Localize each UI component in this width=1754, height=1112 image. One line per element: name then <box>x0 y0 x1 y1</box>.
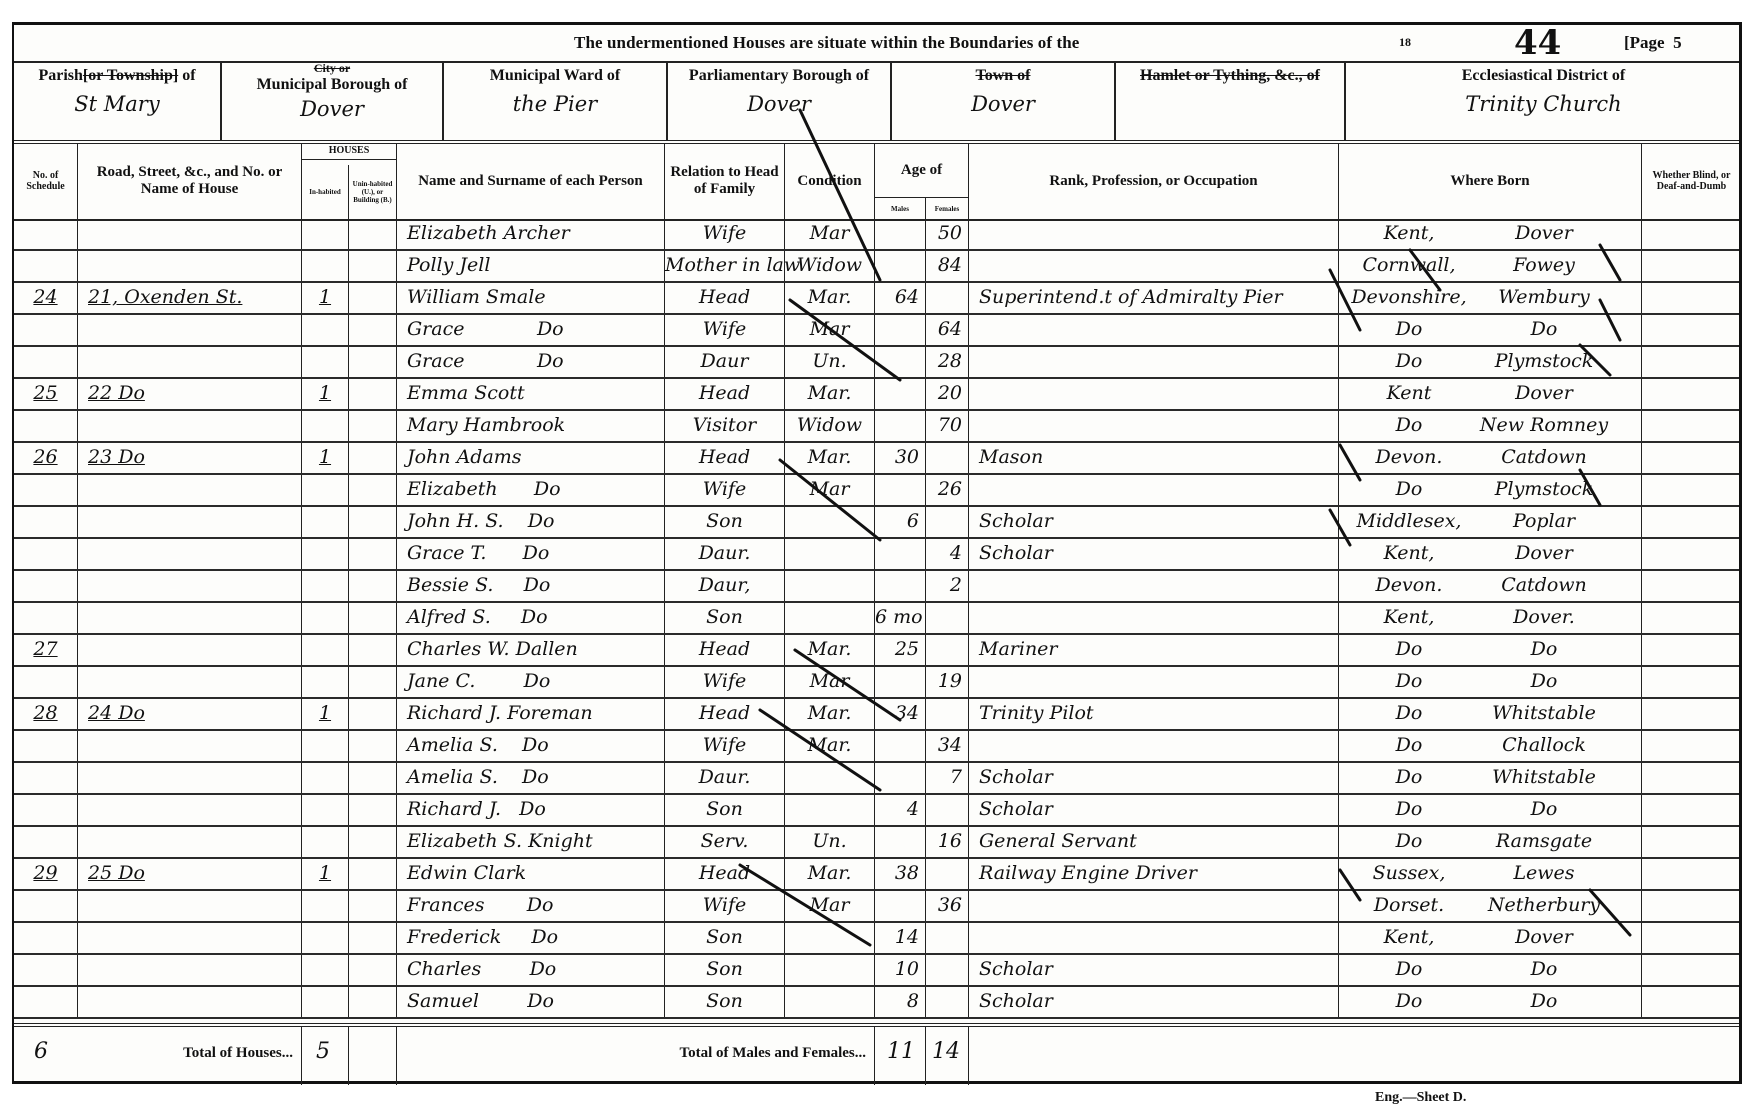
hamlet-label: Hamlet or Tything, &c., of <box>1116 67 1344 84</box>
schedule-number <box>14 923 78 953</box>
inhabited-count <box>302 347 349 377</box>
female-age: 84 <box>926 251 969 281</box>
blind-deaf-dumb <box>1642 859 1741 889</box>
female-age: 70 <box>926 411 969 441</box>
relation-to-head: Head <box>665 635 785 665</box>
inhabited-count <box>302 955 349 985</box>
relation-to-head: Wife <box>665 891 785 921</box>
female-age <box>926 603 969 633</box>
relation-to-head: Son <box>665 507 785 537</box>
where-born: DoWhitstable <box>1339 763 1642 793</box>
road-address <box>78 475 302 505</box>
ecclesiastical-district-cell: Ecclesiastical District of Trinity Churc… <box>1346 61 1741 140</box>
male-age <box>875 571 926 601</box>
female-age: 2 <box>926 571 969 601</box>
schedule-number <box>14 667 78 697</box>
table-row: 2623 Do1John AdamsHeadMar.30MasonDevon.C… <box>14 443 1739 475</box>
marital-condition <box>785 955 875 985</box>
male-age <box>875 539 926 569</box>
inhabited-count <box>302 763 349 793</box>
male-age: 14 <box>875 923 926 953</box>
inhabited-count <box>302 987 349 1017</box>
parliamentary-borough-label: Parliamentary Borough of <box>668 67 890 84</box>
blind-deaf-dumb <box>1642 635 1741 665</box>
header-uninhabited: Unin-habited (U.), or Building (B.) <box>349 165 397 219</box>
road-address <box>78 955 302 985</box>
header-inhabited: In-habited <box>302 165 349 219</box>
inhabited-count <box>302 891 349 921</box>
female-age: 19 <box>926 667 969 697</box>
parish-label-struck: [or Township] <box>83 67 178 84</box>
relation-to-head: Daur, <box>665 571 785 601</box>
born-place: Plymstock <box>1469 347 1619 375</box>
male-age: 8 <box>875 987 926 1017</box>
table-row: 2925 Do1Edwin ClarkHeadMar.38Railway Eng… <box>14 859 1739 891</box>
person-name: Amelia S. Do <box>397 731 665 761</box>
relation-to-head: Wife <box>665 219 785 249</box>
born-county: Do <box>1349 475 1469 503</box>
relation-to-head: Son <box>665 795 785 825</box>
municipal-borough-value: Dover <box>222 97 442 121</box>
inhabited-count <box>302 827 349 857</box>
male-age <box>875 475 926 505</box>
born-place: Plymstock <box>1469 475 1619 503</box>
person-name: Samuel Do <box>397 987 665 1017</box>
table-row: Elizabeth DoWifeMar26DoPlymstock <box>14 475 1739 507</box>
inhabited-count <box>302 219 349 249</box>
inhabited-count <box>302 603 349 633</box>
title-row: The undermentioned Houses are situate wi… <box>14 25 1739 63</box>
header-age-text: Age of <box>901 162 942 179</box>
marital-condition: Mar. <box>785 859 875 889</box>
born-place: Do <box>1469 795 1619 823</box>
header-blind: Whether Blind, or Deaf-and-Dumb <box>1642 143 1741 219</box>
hamlet-cell: Hamlet or Tything, &c., of <box>1116 61 1346 140</box>
person-name: Charles W. Dallen <box>397 635 665 665</box>
male-age: 6 mo <box>875 603 926 633</box>
table-row: 27Charles W. DallenHeadMar.25MarinerDoDo <box>14 635 1739 667</box>
blind-deaf-dumb <box>1642 283 1741 313</box>
born-place: Poplar <box>1469 507 1619 535</box>
inhabited-count <box>302 571 349 601</box>
table-row: Jane C. DoWifeMar19DoDo <box>14 667 1739 699</box>
table-row: Alfred S. DoSon6 moKent,Dover. <box>14 603 1739 635</box>
female-age <box>926 859 969 889</box>
page-title: The undermentioned Houses are situate wi… <box>574 33 1079 53</box>
uninhabited-count <box>349 507 397 537</box>
marital-condition: Widow <box>785 411 875 441</box>
parish-label-suffix: of <box>182 67 195 84</box>
born-county: Kent, <box>1349 219 1469 247</box>
uninhabited-count <box>349 539 397 569</box>
born-place: Do <box>1469 987 1619 1015</box>
female-age <box>926 795 969 825</box>
blind-deaf-dumb <box>1642 795 1741 825</box>
where-born: Devon.Catdown <box>1339 571 1642 601</box>
female-age: 36 <box>926 891 969 921</box>
parish-label-prefix: Parish <box>38 67 82 84</box>
blind-deaf-dumb <box>1642 539 1741 569</box>
total-females: 14 <box>932 1039 960 1064</box>
page-reference: [Page 5 <box>1624 33 1682 53</box>
female-age <box>926 443 969 473</box>
marital-condition <box>785 795 875 825</box>
relation-to-head: Son <box>665 923 785 953</box>
female-age <box>926 987 969 1017</box>
male-age: 30 <box>875 443 926 473</box>
uninhabited-count <box>349 955 397 985</box>
schedule-number <box>14 347 78 377</box>
inhabited-count: 1 <box>302 283 349 313</box>
uninhabited-count <box>349 731 397 761</box>
total-persons-cell: Total of Males and Females... <box>397 1027 875 1085</box>
male-age: 34 <box>875 699 926 729</box>
born-place: Do <box>1469 635 1619 663</box>
totals-row: 6 Total of Houses... 5 Total of Males an… <box>14 1023 1739 1087</box>
blind-deaf-dumb <box>1642 315 1741 345</box>
relation-to-head: Head <box>665 283 785 313</box>
road-address <box>78 987 302 1017</box>
header-where-born-text: Where Born <box>1450 173 1529 190</box>
person-name: Elizabeth S. Knight <box>397 827 665 857</box>
person-name: William Smale <box>397 283 665 313</box>
where-born: Kent,Dover <box>1339 539 1642 569</box>
header-schedule-text: No. of Schedule <box>14 170 77 192</box>
female-age: 26 <box>926 475 969 505</box>
occupation <box>969 411 1339 441</box>
born-place: Ramsgate <box>1469 827 1619 855</box>
inhabited-count <box>302 539 349 569</box>
blind-deaf-dumb <box>1642 667 1741 697</box>
person-name: Bessie S. Do <box>397 571 665 601</box>
parish-label: Parish[or Township] of <box>14 67 220 84</box>
municipal-ward-cell: Municipal Ward of the Pier <box>444 61 668 140</box>
uninhabited-count <box>349 891 397 921</box>
born-county: Do <box>1349 763 1469 791</box>
header-occupation: Rank, Profession, or Occupation <box>969 143 1339 219</box>
total-houses-label: Total of Houses... <box>183 1045 293 1062</box>
inhabited-count <box>302 667 349 697</box>
uninhabited-count <box>349 475 397 505</box>
occupation: Scholar <box>969 763 1339 793</box>
table-row: Frederick DoSon14Kent,Dover <box>14 923 1739 955</box>
uninhabited-count <box>349 795 397 825</box>
blind-deaf-dumb <box>1642 731 1741 761</box>
where-born: DoDo <box>1339 955 1642 985</box>
occupation: Mariner <box>969 635 1339 665</box>
person-name: Jane C. Do <box>397 667 665 697</box>
schedule-number <box>14 251 78 281</box>
female-age <box>926 955 969 985</box>
uninhabited-count <box>349 251 397 281</box>
born-place: Catdown <box>1469 443 1619 471</box>
town-cell: Town of Dover <box>892 61 1116 140</box>
female-age <box>926 699 969 729</box>
relation-to-head: Son <box>665 603 785 633</box>
where-born: DoChallock <box>1339 731 1642 761</box>
schedule-number <box>14 795 78 825</box>
page-label: [Page <box>1624 33 1665 52</box>
where-born: Devon.Catdown <box>1339 443 1642 473</box>
table-row: 2824 Do1Richard J. ForemanHeadMar.34Trin… <box>14 699 1739 731</box>
person-name: Richard J. Foreman <box>397 699 665 729</box>
inhabited-count: 1 <box>302 699 349 729</box>
born-county: Do <box>1349 699 1469 727</box>
occupation: Trinity Pilot <box>969 699 1339 729</box>
born-county: Sussex, <box>1349 859 1469 887</box>
road-address <box>78 891 302 921</box>
marital-condition <box>785 507 875 537</box>
road-address <box>78 923 302 953</box>
male-age: 64 <box>875 283 926 313</box>
total-houses-cell: 6 Total of Houses... <box>14 1027 302 1085</box>
born-place: Fowey <box>1469 251 1619 279</box>
sheet-note: Eng.—Sheet D. <box>1375 1090 1466 1106</box>
header-age: Age of <box>875 143 969 197</box>
inhabited-count <box>302 315 349 345</box>
schedule-number: 24 <box>14 283 78 313</box>
born-county: Do <box>1349 955 1469 983</box>
blind-deaf-dumb <box>1642 699 1741 729</box>
schedule-number <box>14 731 78 761</box>
schedule-number: 29 <box>14 859 78 889</box>
town-label: Town of <box>892 67 1114 84</box>
inhabited-count: 1 <box>302 859 349 889</box>
person-name: Frances Do <box>397 891 665 921</box>
male-age <box>875 379 926 409</box>
where-born: DoDo <box>1339 667 1642 697</box>
marital-condition: Mar. <box>785 443 875 473</box>
schedule-number <box>14 987 78 1017</box>
uninhabited-count <box>349 635 397 665</box>
header-schedule: No. of Schedule <box>14 143 78 219</box>
occupation: Scholar <box>969 539 1339 569</box>
person-name: Edwin Clark <box>397 859 665 889</box>
ecclesiastical-district-value: Trinity Church <box>1346 92 1741 116</box>
born-place: Whitstable <box>1469 763 1619 791</box>
occupation: Mason <box>969 443 1339 473</box>
header-road-text: Road, Street, &c., and No. or Name of Ho… <box>78 164 301 198</box>
female-age: 64 <box>926 315 969 345</box>
where-born: DoPlymstock <box>1339 347 1642 377</box>
road-address <box>78 347 302 377</box>
occupation <box>969 379 1339 409</box>
uninhabited-count <box>349 571 397 601</box>
born-place: Dover <box>1469 539 1619 567</box>
marital-condition: Mar <box>785 667 875 697</box>
road-address <box>78 635 302 665</box>
page-number: 5 <box>1673 33 1682 52</box>
schedule-number: 26 <box>14 443 78 473</box>
road-address <box>78 507 302 537</box>
marital-condition: Mar <box>785 315 875 345</box>
inhabited-count <box>302 795 349 825</box>
where-born: DoDo <box>1339 795 1642 825</box>
municipal-borough-cell: City or Municipal Borough of Dover <box>222 61 444 140</box>
blind-deaf-dumb <box>1642 251 1741 281</box>
where-born: DoRamsgate <box>1339 827 1642 857</box>
header-road: Road, Street, &c., and No. or Name of Ho… <box>78 143 302 219</box>
born-place: Do <box>1469 955 1619 983</box>
born-county: Do <box>1349 987 1469 1015</box>
where-born: DoDo <box>1339 987 1642 1017</box>
born-place: Wembury <box>1469 283 1619 311</box>
born-county: Do <box>1349 347 1469 375</box>
schedule-number <box>14 475 78 505</box>
male-age <box>875 667 926 697</box>
road-address <box>78 571 302 601</box>
total-inhabited-cell: 5 <box>302 1027 349 1085</box>
schedule-number: 28 <box>14 699 78 729</box>
relation-to-head: Son <box>665 987 785 1017</box>
header-females: Females <box>926 197 969 219</box>
header-males-text: Males <box>891 205 909 213</box>
occupation <box>969 603 1339 633</box>
blind-deaf-dumb <box>1642 411 1741 441</box>
ecclesiastical-district-label: Ecclesiastical District of <box>1346 67 1741 84</box>
marital-condition <box>785 571 875 601</box>
table-row: John H. S. DoSon6ScholarMiddlesex,Poplar <box>14 507 1739 539</box>
occupation: Scholar <box>969 507 1339 537</box>
female-age <box>926 923 969 953</box>
municipal-ward-value: the Pier <box>444 92 666 116</box>
road-address <box>78 667 302 697</box>
born-county: Devon. <box>1349 443 1469 471</box>
person-name: Grace Do <box>397 347 665 377</box>
header-uninhabited-text: Unin-habited (U.), or Building (B.) <box>349 180 396 204</box>
road-address: 24 Do <box>78 699 302 729</box>
born-county: Do <box>1349 411 1469 439</box>
schedule-number <box>14 827 78 857</box>
occupation: Scholar <box>969 987 1339 1017</box>
female-age: 16 <box>926 827 969 857</box>
occupation: Scholar <box>969 795 1339 825</box>
blind-deaf-dumb <box>1642 475 1741 505</box>
table-row: Grace DoWifeMar64DoDo <box>14 315 1739 347</box>
blind-deaf-dumb <box>1642 347 1741 377</box>
where-born: Kent,Dover. <box>1339 603 1642 633</box>
relation-to-head: Daur. <box>665 539 785 569</box>
inhabited-count: 1 <box>302 379 349 409</box>
occupation: General Servant <box>969 827 1339 857</box>
marital-condition <box>785 539 875 569</box>
inhabited-count <box>302 251 349 281</box>
marital-condition: Mar <box>785 475 875 505</box>
relation-to-head: Head <box>665 443 785 473</box>
female-age: 4 <box>926 539 969 569</box>
municipal-ward-label: Municipal Ward of <box>444 67 666 84</box>
where-born: Kent,Dover <box>1339 923 1642 953</box>
born-place: Do <box>1469 315 1619 343</box>
born-place: Catdown <box>1469 571 1619 599</box>
table-row: Elizabeth S. KnightServ.Un.16General Ser… <box>14 827 1739 859</box>
schedule-number: 27 <box>14 635 78 665</box>
female-age <box>926 507 969 537</box>
relation-to-head: Wife <box>665 315 785 345</box>
uninhabited-count <box>349 411 397 441</box>
schedule-number <box>14 411 78 441</box>
where-born: Devonshire,Wembury <box>1339 283 1642 313</box>
header-relation-text: Relation to Head of Family <box>665 164 784 198</box>
occupation <box>969 347 1339 377</box>
where-born: DoNew Romney <box>1339 411 1642 441</box>
road-address: 25 Do <box>78 859 302 889</box>
header-blind-text: Whether Blind, or Deaf-and-Dumb <box>1642 170 1741 192</box>
person-name: Frederick Do <box>397 923 665 953</box>
city-struck-label: City or <box>222 63 442 74</box>
where-born: Middlesex,Poplar <box>1339 507 1642 537</box>
born-place: Dover <box>1469 219 1619 247</box>
census-sheet: The undermentioned Houses are situate wi… <box>12 22 1742 1084</box>
uninhabited-count <box>349 987 397 1017</box>
marital-condition: Un. <box>785 827 875 857</box>
table-row: 2522 Do1Emma ScottHeadMar.20KentDover <box>14 379 1739 411</box>
occupation <box>969 251 1339 281</box>
occupation <box>969 571 1339 601</box>
born-county: Kent, <box>1349 539 1469 567</box>
occupation <box>969 315 1339 345</box>
table-row: Mary HambrookVisitorWidow70DoNew Romney <box>14 411 1739 443</box>
folio-small: 18 <box>1399 35 1411 50</box>
person-name: Richard J. Do <box>397 795 665 825</box>
where-born: DoDo <box>1339 635 1642 665</box>
total-males-cell: 11 <box>875 1027 926 1085</box>
blind-deaf-dumb <box>1642 955 1741 985</box>
header-occupation-text: Rank, Profession, or Occupation <box>1049 173 1257 190</box>
born-place: Lewes <box>1469 859 1619 887</box>
female-age: 28 <box>926 347 969 377</box>
marital-condition: Widow <box>785 251 875 281</box>
table-row: Samuel DoSon8ScholarDoDo <box>14 987 1739 1019</box>
female-age: 20 <box>926 379 969 409</box>
male-age <box>875 411 926 441</box>
marital-condition: Mar <box>785 219 875 249</box>
table-row: Grace DoDaurUn.28DoPlymstock <box>14 347 1739 379</box>
blind-deaf-dumb <box>1642 603 1741 633</box>
male-age <box>875 315 926 345</box>
table-row: Elizabeth ArcherWifeMar50Kent,Dover <box>14 219 1739 251</box>
marital-condition: Mar. <box>785 699 875 729</box>
schedule-number <box>14 763 78 793</box>
table-row: Amelia S. DoDaur.7ScholarDoWhitstable <box>14 763 1739 795</box>
person-name: John Adams <box>397 443 665 473</box>
occupation <box>969 923 1339 953</box>
where-born: DoPlymstock <box>1339 475 1642 505</box>
blind-deaf-dumb <box>1642 443 1741 473</box>
blind-deaf-dumb <box>1642 219 1741 249</box>
male-age <box>875 251 926 281</box>
person-name: Elizabeth Archer <box>397 219 665 249</box>
female-age: 34 <box>926 731 969 761</box>
relation-to-head: Serv. <box>665 827 785 857</box>
schedule-number: 25 <box>14 379 78 409</box>
parish-value: St Mary <box>14 92 220 116</box>
road-address <box>78 411 302 441</box>
born-county: Dorset. <box>1349 891 1469 919</box>
table-row: Frances DoWifeMar36Dorset.Netherbury <box>14 891 1739 923</box>
born-place: Dover <box>1469 379 1619 407</box>
uninhabited-count <box>349 379 397 409</box>
total-persons-label: Total of Males and Females... <box>679 1045 866 1062</box>
person-name: Grace T. Do <box>397 539 665 569</box>
relation-to-head: Head <box>665 699 785 729</box>
header-condition-text: Condition <box>797 173 861 190</box>
born-county: Kent, <box>1349 603 1469 631</box>
total-houses-inhabited: 5 <box>316 1039 330 1064</box>
relation-to-head: Wife <box>665 731 785 761</box>
table-row: Grace T. DoDaur.4ScholarKent,Dover <box>14 539 1739 571</box>
female-age: 7 <box>926 763 969 793</box>
